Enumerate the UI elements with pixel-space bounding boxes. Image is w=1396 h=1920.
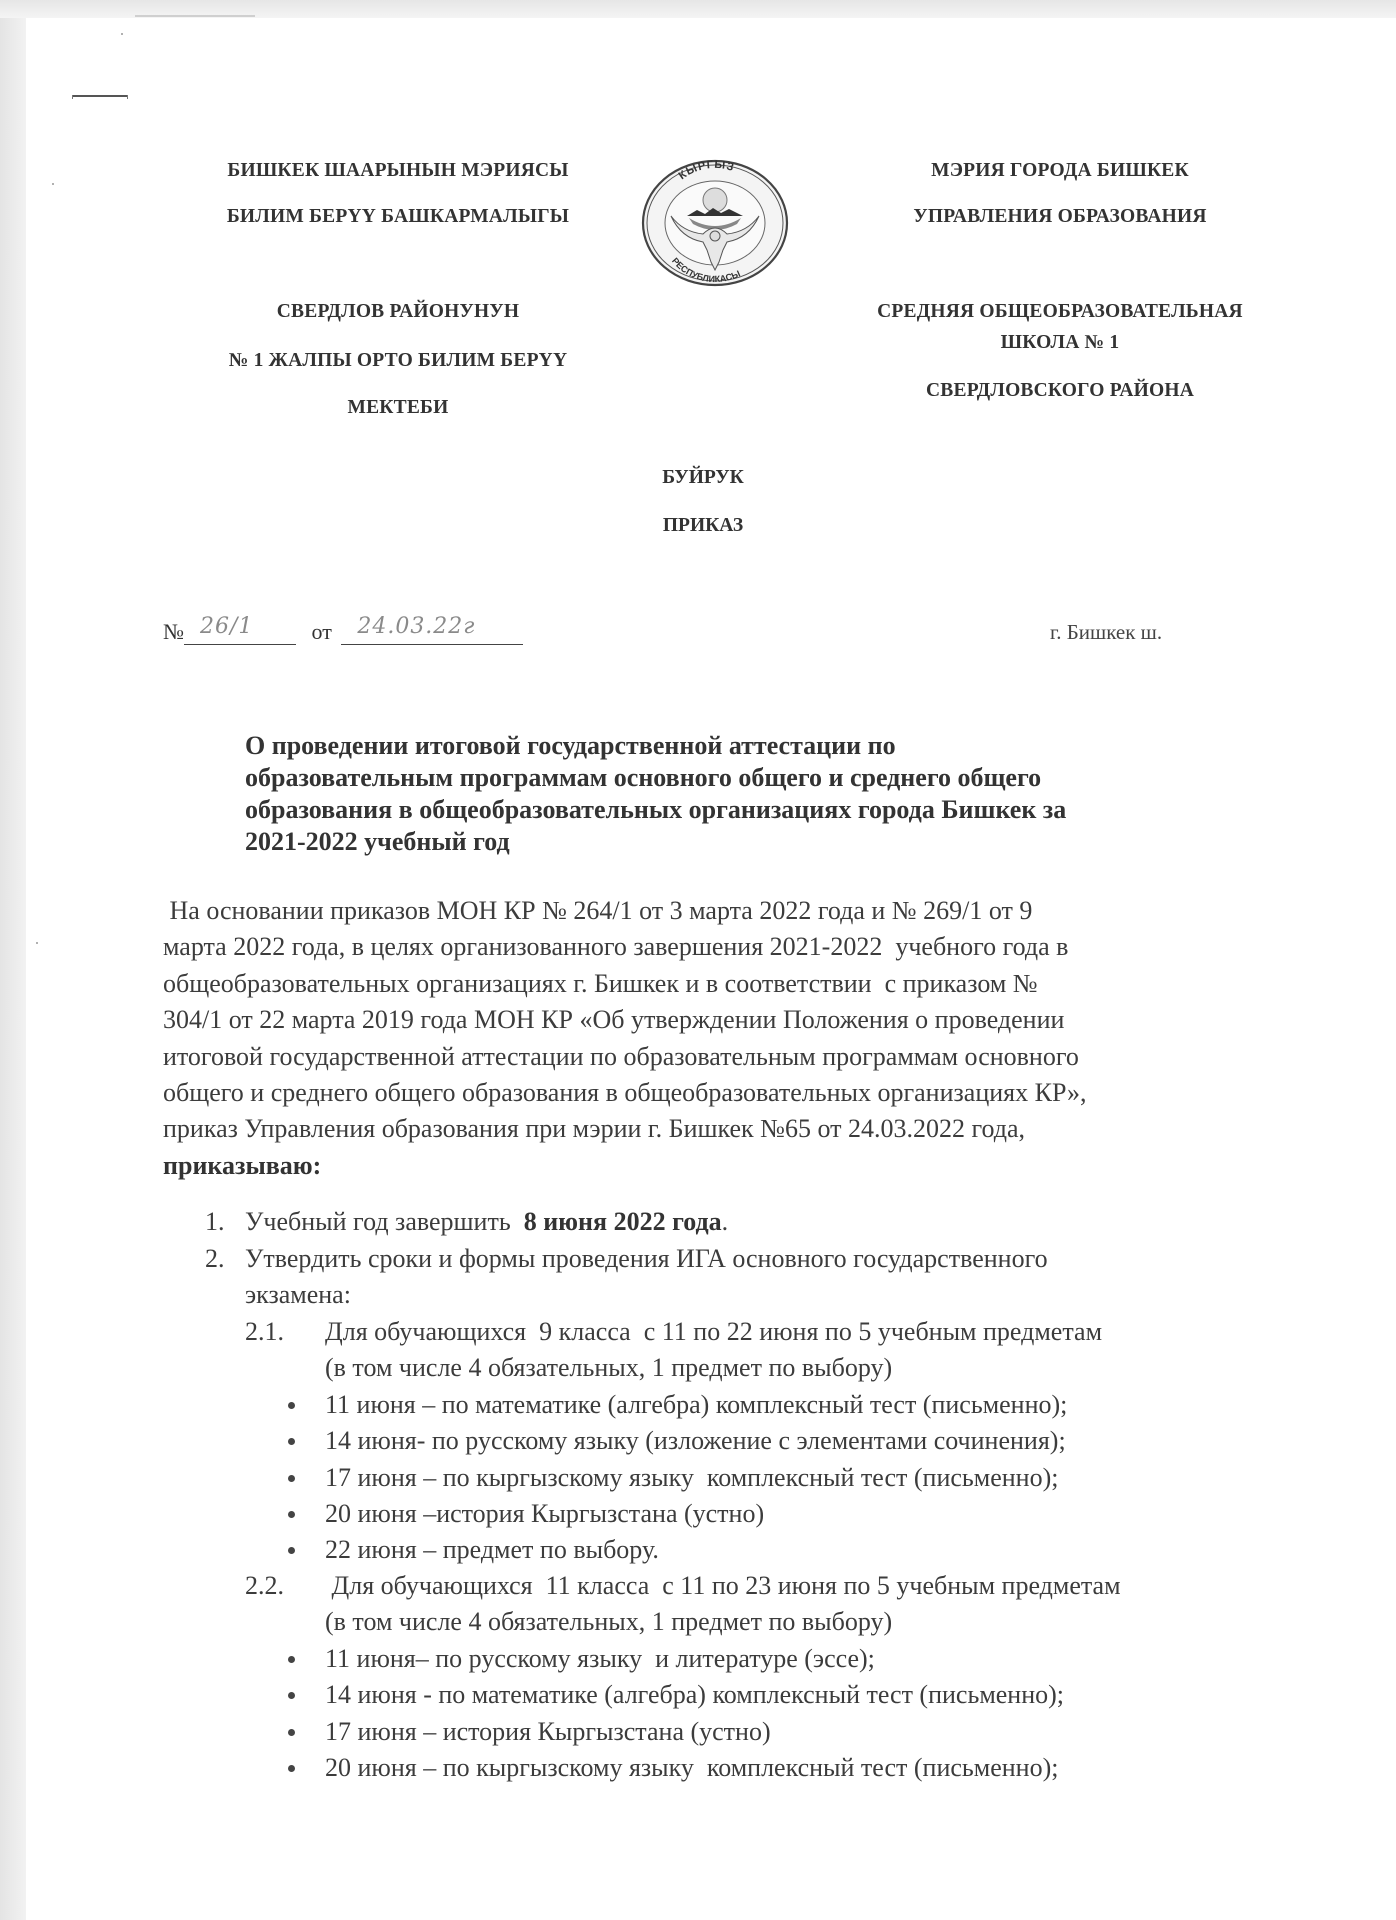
scan-speck <box>36 942 38 944</box>
scan-mark <box>135 15 255 17</box>
corner-mark <box>72 95 128 97</box>
item-number: 2. <box>205 1241 225 1277</box>
item-text: Учебный год завершить <box>245 1207 517 1236</box>
exam-bullet-text: 20 июня – по кыргызскому языку комплексн… <box>325 1750 1058 1786</box>
order-verb: приказываю: <box>163 1151 321 1180</box>
subitem-2-1-continuation: (в том числе 4 обязательных, 1 предмет п… <box>325 1350 892 1386</box>
bullet-icon <box>288 1511 295 1518</box>
exam-bullet-text: 11 июня– по русскому языку и литературе … <box>325 1641 875 1677</box>
bullet-icon <box>288 1547 295 1554</box>
item-1-text: Учебный год завершить 8 июня 2022 года. <box>245 1204 728 1240</box>
exam-bullet-text: 14 июня- по русскому языку (изложение с … <box>325 1423 1066 1459</box>
bullet-icon <box>288 1692 295 1699</box>
header-left-school-2: № 1 ЖАЛПЫ ОРТО БИЛИМ БЕРҮҮ <box>180 350 616 372</box>
header-right-school-2: ШКОЛА № 1 <box>800 332 1320 354</box>
scan-speck <box>121 33 123 35</box>
order-title-ru: ПРИКАЗ <box>603 515 803 537</box>
order-number-handwritten: 26/1 <box>200 614 253 639</box>
subitem-text: Для обучающихся 11 класса с 11 по 23 июн… <box>325 1568 1121 1604</box>
item-2-continuation: экзамена: <box>245 1277 351 1313</box>
city-label: г. Бишкек ш. <box>1050 620 1162 645</box>
preamble-line: На основании приказов МОН КР № 264/1 от … <box>163 893 1243 929</box>
exam-bullet-text: 14 июня - по математике (алгебра) компле… <box>325 1677 1064 1713</box>
order-title-ky: БУЙРУК <box>603 467 803 489</box>
number-label: № <box>163 619 184 644</box>
scan-edge-left <box>0 0 26 1920</box>
exam-bullet-text: 17 июня – история Кыргызстана (устно) <box>325 1714 771 1750</box>
header-right-school-1: СРЕДНЯЯ ОБЩЕОБРАЗОВАТЕЛЬНАЯ <box>800 301 1320 323</box>
preamble-line: приказ Управления образования при мэрии … <box>163 1111 1243 1147</box>
document-title-line: 2021-2022 учебный год <box>245 826 1285 858</box>
item-bold-date: 8 июня 2022 года <box>517 1207 721 1236</box>
subitem-number: 2.2. <box>245 1568 284 1604</box>
exam-bullet-text: 11 июня – по математике (алгебра) компле… <box>325 1387 1067 1423</box>
preamble-line: общеобразовательных организациях г. Бишк… <box>163 966 1243 1002</box>
document-title-line: О проведении итоговой государственной ат… <box>245 730 1285 762</box>
bullet-icon <box>288 1656 295 1663</box>
order-date-handwritten: 24.03.22г <box>357 614 475 639</box>
preamble-line: марта 2022 года, в целях организованного… <box>163 929 1243 965</box>
kyrgyz-emblem-icon: КЫРГЫЗ РЕСПУБЛИКАСЫ <box>641 158 789 288</box>
item-number: 1. <box>205 1204 225 1240</box>
order-reference: №26/1 от 24.03.22г <box>163 618 523 645</box>
header-left-line-1: БИШКЕК ШААРЫНЫН МЭРИЯСЫ <box>180 160 616 182</box>
scan-speck <box>52 183 54 185</box>
header-right-line-2: УПРАВЛЕНИЯ ОБРАЗОВАНИЯ <box>800 206 1320 228</box>
order-date-field: 24.03.22г <box>341 618 523 645</box>
bullet-icon <box>288 1438 295 1445</box>
header-left-line-2: БИЛИМ БЕРҮҮ БАШКАРМАЛЫГЫ <box>180 206 616 228</box>
subitem-text: Для обучающихся 9 класса с 11 по 22 июня… <box>325 1314 1102 1350</box>
header-left-school-3: МЕКТЕБИ <box>180 397 616 419</box>
exam-bullet-text: 20 июня –история Кыргызстана (устно) <box>325 1496 764 1532</box>
bullet-icon <box>288 1765 295 1772</box>
preamble-paragraph: На основании приказов МОН КР № 264/1 от … <box>163 893 1243 1184</box>
order-number-field: 26/1 <box>184 618 296 645</box>
bullet-icon <box>288 1729 295 1736</box>
date-label: от <box>312 619 332 644</box>
subitem-2-2-continuation: (в том числе 4 обязательных, 1 предмет п… <box>325 1604 892 1640</box>
document-title-line: образовательным программам основного общ… <box>245 762 1285 794</box>
document-title-line: образования в общеобразовательных органи… <box>245 794 1285 826</box>
header-right-line-1: МЭРИЯ ГОРОДА БИШКЕК <box>800 160 1320 182</box>
document-title: О проведении итоговой государственной ат… <box>245 730 1285 858</box>
item-text-end: . <box>722 1207 729 1236</box>
header-left-school-1: СВЕРДЛОВ РАЙОНУНУН <box>180 301 616 323</box>
subitem-number: 2.1. <box>245 1314 284 1350</box>
header-right-school-3: СВЕРДЛОВСКОГО РАЙОНА <box>800 380 1320 402</box>
bullet-icon <box>288 1402 295 1409</box>
item-text: Утвердить сроки и формы проведения ИГА о… <box>245 1241 1048 1277</box>
preamble-line: 304/1 от 22 марта 2019 года МОН КР «Об у… <box>163 1002 1243 1038</box>
exam-bullet-text: 22 июня – предмет по выбору. <box>325 1532 659 1568</box>
bullet-icon <box>288 1475 295 1482</box>
preamble-line: общего и среднего общего образования в о… <box>163 1075 1243 1111</box>
exam-bullet-text: 17 июня – по кыргызскому языку комплексн… <box>325 1460 1058 1496</box>
preamble-line: итоговой государственной аттестации по о… <box>163 1039 1243 1075</box>
